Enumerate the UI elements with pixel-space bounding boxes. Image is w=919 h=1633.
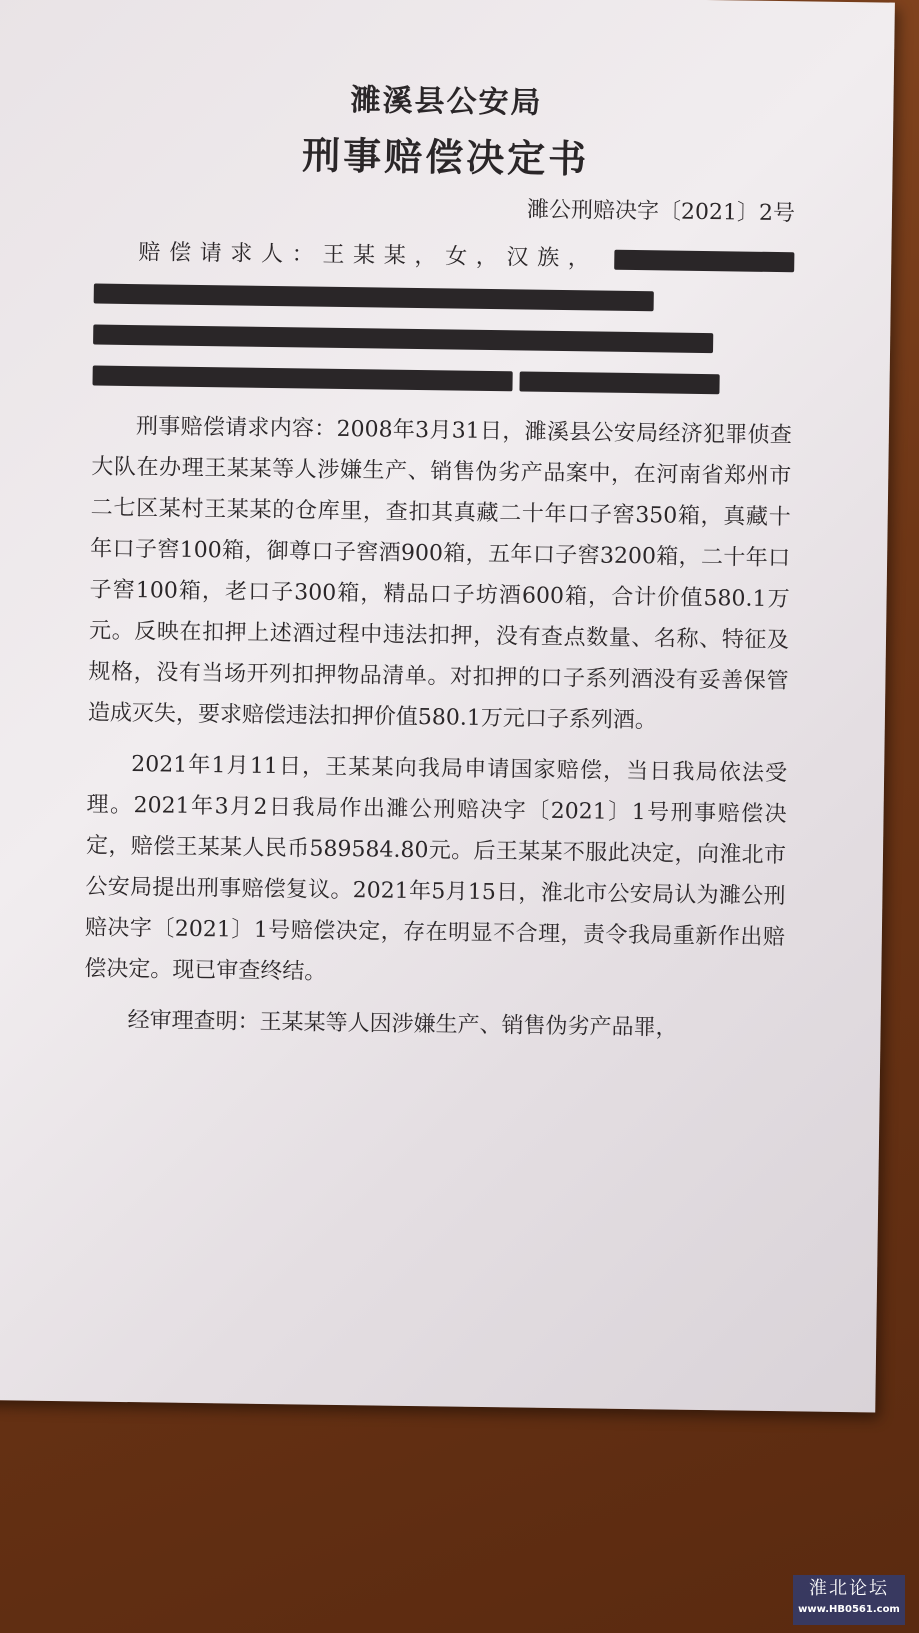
- redacted-birthdate: [614, 250, 794, 273]
- requester-name: 王某某: [322, 243, 414, 269]
- document-number: 濉公刑赔决字〔2021〕2号: [95, 186, 795, 227]
- document-title: 刑事赔偿决定书: [95, 121, 796, 186]
- redacted-current-address: [93, 324, 713, 353]
- requester-label: 赔偿请求人：: [138, 240, 322, 268]
- requester-details: ，女，汉族，: [414, 244, 598, 272]
- findings-paragraph: 经审理查明：王某某等人因涉嫌生产、销售伪劣产品罪，: [83, 999, 784, 1050]
- watermark-url: www.HB0561.com: [793, 1603, 905, 1617]
- redacted-registered-address: [94, 283, 654, 311]
- claim-paragraph: 刑事赔偿请求内容：2008年3月31日，濉溪县公安局经济犯罪侦查大队在办理王某某…: [88, 405, 793, 743]
- document-content: 濉溪县公安局 刑事赔偿决定书 濉公刑赔决字〔2021〕2号 赔偿请求人：王某某，…: [83, 72, 797, 1061]
- procedure-paragraph: 2021年1月11日，王某某向我局申请国家赔偿，当日我局依法受理。2021年3月…: [84, 743, 787, 999]
- redacted-id-number: [92, 365, 512, 391]
- requester-paragraph: 赔偿请求人：王某某，女，汉族，: [92, 231, 794, 405]
- issuing-org: 濉溪县公安局: [96, 72, 797, 126]
- site-watermark: 淮北论坛 www.HB0561.com: [793, 1575, 905, 1625]
- watermark-name: 淮北论坛: [793, 1575, 905, 1603]
- redacted-phone: [519, 371, 719, 394]
- document-paper: 濉溪县公安局 刑事赔偿决定书 濉公刑赔决字〔2021〕2号 赔偿请求人：王某某，…: [0, 0, 895, 1412]
